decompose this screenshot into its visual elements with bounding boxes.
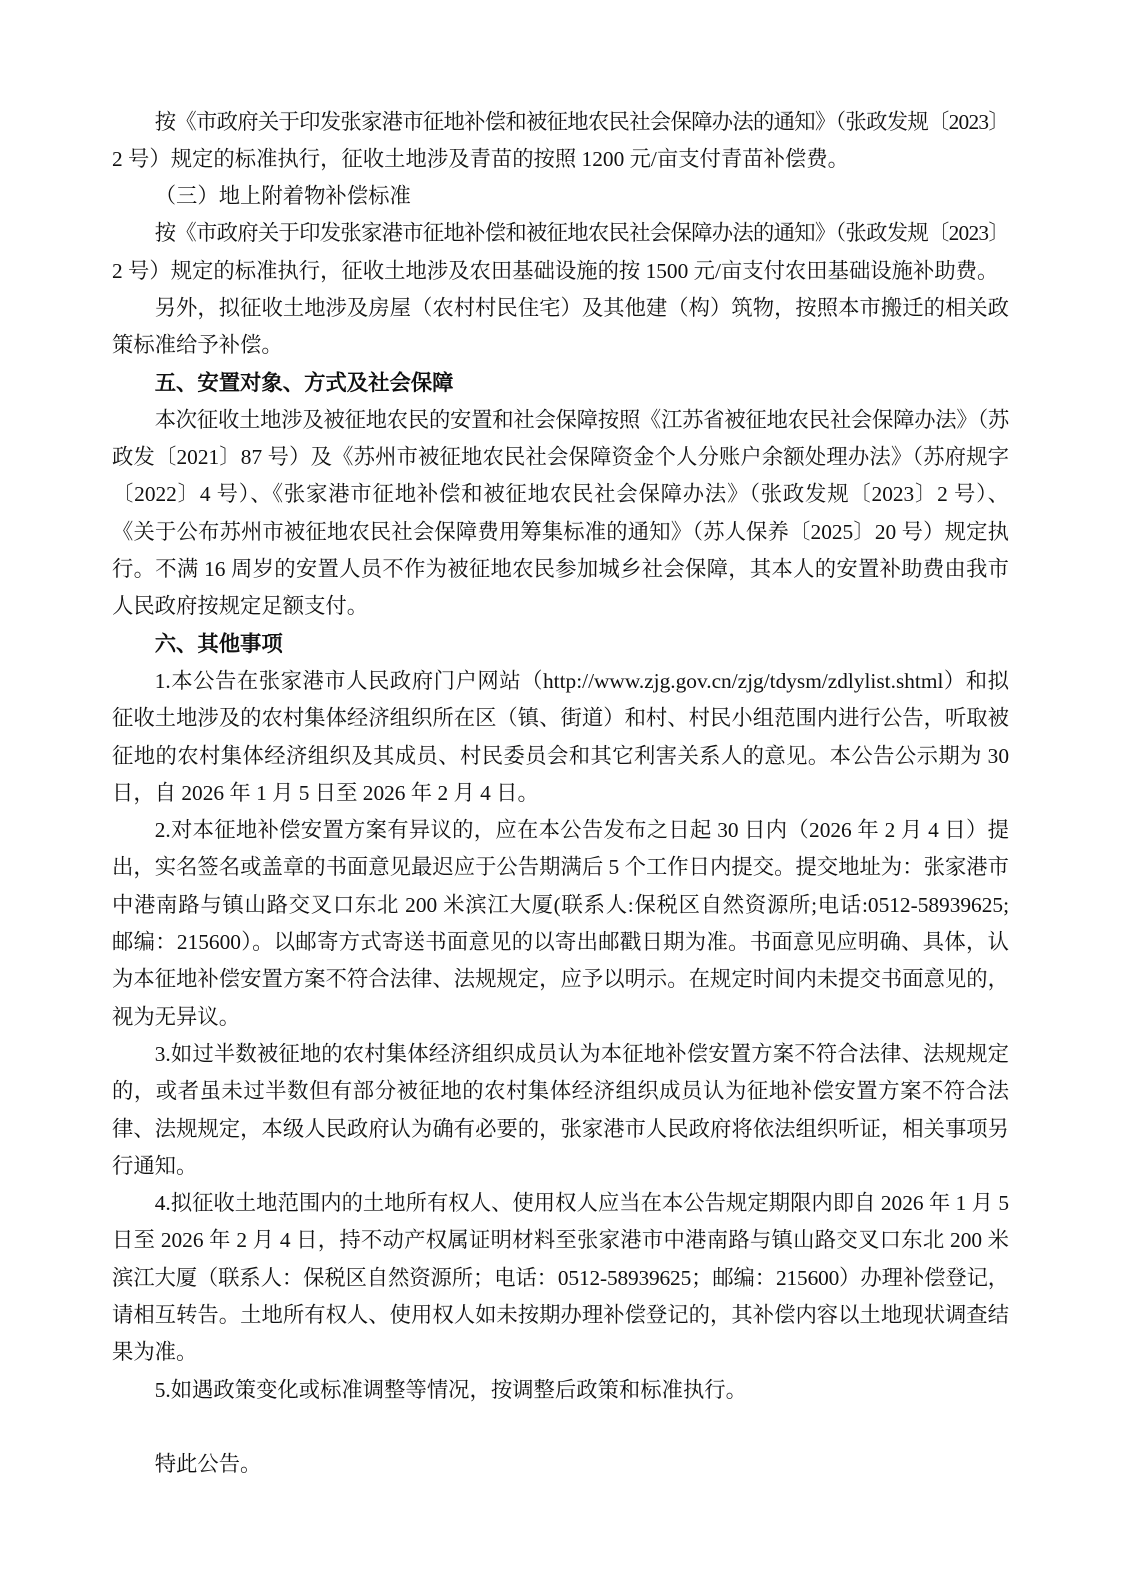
text-line: 2 号）规定的标准执行，征收土地涉及青苗的按照 1200 元/亩支付青苗补偿费。 — [112, 141, 1009, 178]
list-item: 1.本公告在张家港市人民政府门户网站（http://www.zjg.gov.cn… — [112, 663, 1009, 812]
document-body: 按《市政府关于印发张家港市征地补偿和被征地农民社会保障办法的通知》（张政发规〔2… — [112, 104, 1009, 1484]
text-line: 邮编：215600）。以邮寄方式寄送书面意见的以寄出邮戳日期为准。书面意见应明确… — [112, 924, 1009, 961]
text-line: 政发〔2021〕87 号）及《苏州市被征地农民社会保障资金个人分账户余额处理办法… — [112, 439, 1009, 476]
paragraph-social-security: 本次征收土地涉及被征地农民的安置和社会保障按照《江苏省被征地农民社会保障办法》（… — [112, 402, 1009, 626]
text-line: 1.本公告在张家港市人民政府门户网站（http://www.zjg.gov.cn… — [112, 663, 1009, 700]
text-line: 本次征收土地涉及被征地农民的安置和社会保障按照《江苏省被征地农民社会保障办法》（… — [112, 402, 1009, 439]
text-line: 中港南路与镇山路交叉口东北 200 米滨江大厦(联系人:保税区自然资源所;电话:… — [112, 887, 1009, 924]
text-line: 律、法规规定，本级人民政府认为确有必要的，张家港市人民政府将依法组织听证，相关事… — [112, 1111, 1009, 1148]
paragraph-seedling-compensation: 按《市政府关于印发张家港市征地补偿和被征地农民社会保障办法的通知》（张政发规〔2… — [112, 104, 1009, 179]
text-line: 3.如过半数被征地的农村集体经济组织成员认为本征地补偿安置方案不符合法律、法规规… — [112, 1036, 1009, 1073]
section-heading: 六、其他事项 — [112, 626, 1009, 663]
text-line: 出，实名签名或盖章的书面意见最迟应于公告期满后 5 个工作日内提交。提交地址为：… — [112, 849, 1009, 886]
text-line: 征收土地涉及的农村集体经济组织所在区（镇、街道）和村、村民小组范围内进行公告，听… — [112, 700, 1009, 737]
paragraph-attachments-compensation: 按《市政府关于印发张家港市征地补偿和被征地农民社会保障办法的通知》（张政发规〔2… — [112, 215, 1009, 290]
text-line: 人民政府按规定足额支付。 — [112, 588, 1009, 625]
list-item: 2.对本征地补偿安置方案有异议的，应在本公告发布之日起 30 日内（2026 年… — [112, 812, 1009, 1036]
text-line: 《关于公布苏州市被征地农民社会保障费用筹集标准的通知》（苏人保养〔2025〕20… — [112, 514, 1009, 551]
text-line: 视为无异议。 — [112, 999, 1009, 1036]
text-line: 行。不满 16 周岁的安置人员不作为被征地农民参加城乡社会保障，其本人的安置补助… — [112, 551, 1009, 588]
text-line: 行通知。 — [112, 1148, 1009, 1185]
section-heading: 五、安置对象、方式及社会保障 — [112, 365, 1009, 402]
text-line: 为本征地补偿安置方案不符合法律、法规规定，应予以明示。在规定时间内未提交书面意见… — [112, 961, 1009, 998]
text-line: 的，或者虽未过半数但有部分被征地的农村集体经济组织成员认为征地补偿安置方案不符合… — [112, 1073, 1009, 1110]
text-line: 2.对本征地补偿安置方案有异议的，应在本公告发布之日起 30 日内（2026 年… — [112, 812, 1009, 849]
text-line: 征地的农村集体经济组织及其成员、村民委员会和其它利害关系人的意见。本公告公示期为… — [112, 738, 1009, 775]
list-item: 4.拟征收土地范围内的土地所有权人、使用权人应当在本公告规定期限内即自 2026… — [112, 1185, 1009, 1371]
closing-statement: 特此公告。 — [112, 1446, 1009, 1483]
text-line: 2 号）规定的标准执行，征收土地涉及农田基础设施的按 1500 元/亩支付农田基… — [112, 253, 1009, 290]
paragraph-housing-compensation: 另外，拟征收土地涉及房屋（农村村民住宅）及其他建（构）筑物，按照本市搬迁的相关政… — [112, 290, 1009, 365]
text-line: 果为准。 — [112, 1334, 1009, 1371]
blank-line — [112, 1409, 1009, 1446]
text-line: 日，自 2026 年 1 月 5 日至 2026 年 2 月 4 日。 — [112, 775, 1009, 812]
list-item: 3.如过半数被征地的农村集体经济组织成员认为本征地补偿安置方案不符合法律、法规规… — [112, 1036, 1009, 1185]
document-page: 按《市政府关于印发张家港市征地补偿和被征地农民社会保障办法的通知》（张政发规〔2… — [0, 0, 1122, 1587]
text-line: 日至 2026 年 2 月 4 日，持不动产权属证明材料至张家港市中港南路与镇山… — [112, 1222, 1009, 1259]
list-item: 5.如遇政策变化或标准调整等情况，按调整后政策和标准执行。 — [112, 1372, 1009, 1409]
text-line: 5.如遇政策变化或标准调整等情况，按调整后政策和标准执行。 — [112, 1372, 1009, 1409]
text-line: 另外，拟征收土地涉及房屋（农村村民住宅）及其他建（构）筑物，按照本市搬迁的相关政 — [112, 290, 1009, 327]
text-line: 〔2022〕4 号）、《张家港市征地补偿和被征地农民社会保障办法》（张政发规〔2… — [112, 476, 1009, 513]
subsection-title: （三）地上附着物补偿标准 — [112, 178, 1009, 215]
text-line: 按《市政府关于印发张家港市征地补偿和被征地农民社会保障办法的通知》（张政发规〔2… — [112, 104, 1009, 141]
text-line: 请相互转告。土地所有权人、使用权人如未按期办理补偿登记的，其补偿内容以土地现状调… — [112, 1297, 1009, 1334]
text-line: 4.拟征收土地范围内的土地所有权人、使用权人应当在本公告规定期限内即自 2026… — [112, 1185, 1009, 1222]
text-line: 滨江大厦（联系人：保税区自然资源所；电话：0512-58939625；邮编：21… — [112, 1260, 1009, 1297]
text-line: 策标准给予补偿。 — [112, 327, 1009, 364]
text-line: 按《市政府关于印发张家港市征地补偿和被征地农民社会保障办法的通知》（张政发规〔2… — [112, 215, 1009, 252]
